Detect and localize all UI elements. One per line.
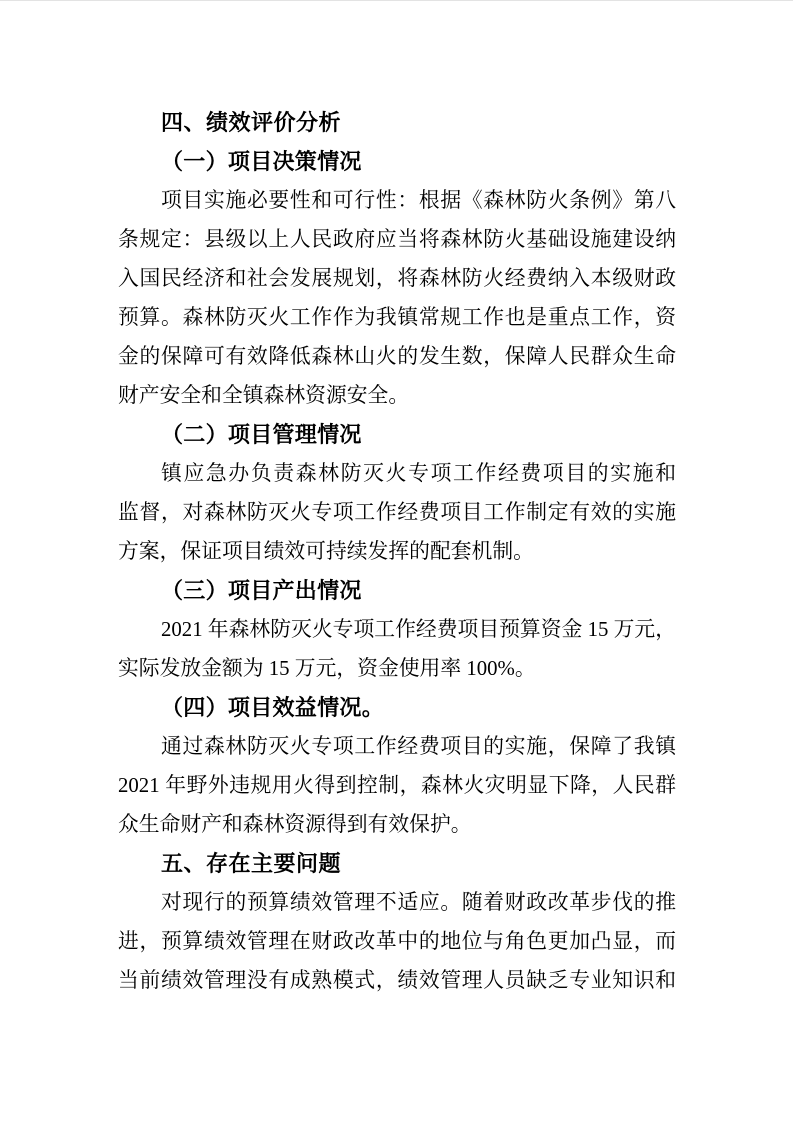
paragraph: 2021 年森林防灭火专项工作经费项目预算资金 15 万元，实际发放金额为 15… <box>118 610 676 688</box>
text-line: 镇应急办负责森林防灭火专项工作经费项目的实施和 <box>118 454 676 493</box>
text-line: 预算。森林防灭火工作作为我镇常规工作也是重点工作，资 <box>118 298 676 337</box>
text-line: 进，预算绩效管理在财政改革中的地位与角色更加凸显，而 <box>118 922 676 961</box>
text-line: 方案，保证项目绩效可持续发挥的配套机制。 <box>118 532 676 571</box>
paragraph: 通过森林防灭火专项工作经费项目的实施，保障了我镇2021 年野外违规用火得到控制… <box>118 727 676 844</box>
document-content: 四、绩效评价分析（一）项目决策情况项目实施必要性和可行性：根据《森林防火条例》第… <box>118 103 676 1000</box>
text-line: 财产安全和全镇森林资源安全。 <box>118 376 676 415</box>
heading-1: 四、绩效评价分析 <box>118 103 676 142</box>
text-line: （三）项目产出情况 <box>118 571 676 610</box>
text-line: 当前绩效管理没有成熟模式，绩效管理人员缺乏专业知识和 <box>118 961 676 1000</box>
text-line: （二）项目管理情况 <box>118 415 676 454</box>
text-line: 条规定：县级以上人民政府应当将森林防火基础设施建设纳 <box>118 220 676 259</box>
text-line: 实际发放金额为 15 万元，资金使用率 100%。 <box>118 649 676 688</box>
document-page: 四、绩效评价分析（一）项目决策情况项目实施必要性和可行性：根据《森林防火条例》第… <box>0 0 793 1123</box>
paragraph: 对现行的预算绩效管理不适应。随着财政改革步伐的推进，预算绩效管理在财政改革中的地… <box>118 883 676 1000</box>
text-line: 金的保障可有效降低森林山火的发生数，保障人民群众生命 <box>118 337 676 376</box>
text-line: 2021 年森林防灭火专项工作经费项目预算资金 15 万元， <box>118 610 676 649</box>
text-line: 入国民经济和社会发展规划，将森林防火经费纳入本级财政 <box>118 259 676 298</box>
heading-2: （二）项目管理情况 <box>118 415 676 454</box>
paragraph: 项目实施必要性和可行性：根据《森林防火条例》第八条规定：县级以上人民政府应当将森… <box>118 181 676 415</box>
text-line: 通过森林防灭火专项工作经费项目的实施，保障了我镇 <box>118 727 676 766</box>
text-line: （四）项目效益情况。 <box>118 688 676 727</box>
text-line: （一）项目决策情况 <box>118 142 676 181</box>
heading-2: （四）项目效益情况。 <box>118 688 676 727</box>
text-line: 2021 年野外违规用火得到控制，森林火灾明显下降，人民群 <box>118 766 676 805</box>
text-line: 四、绩效评价分析 <box>118 103 676 142</box>
text-line: 监督，对森林防灭火专项工作经费项目工作制定有效的实施 <box>118 493 676 532</box>
text-line: 众生命财产和森林资源得到有效保护。 <box>118 805 676 844</box>
paragraph: 镇应急办负责森林防灭火专项工作经费项目的实施和监督，对森林防灭火专项工作经费项目… <box>118 454 676 571</box>
heading-1: 五、存在主要问题 <box>118 844 676 883</box>
text-line: 对现行的预算绩效管理不适应。随着财政改革步伐的推 <box>118 883 676 922</box>
text-line: 项目实施必要性和可行性：根据《森林防火条例》第八 <box>118 181 676 220</box>
heading-2: （一）项目决策情况 <box>118 142 676 181</box>
text-line: 五、存在主要问题 <box>118 844 676 883</box>
heading-2: （三）项目产出情况 <box>118 571 676 610</box>
